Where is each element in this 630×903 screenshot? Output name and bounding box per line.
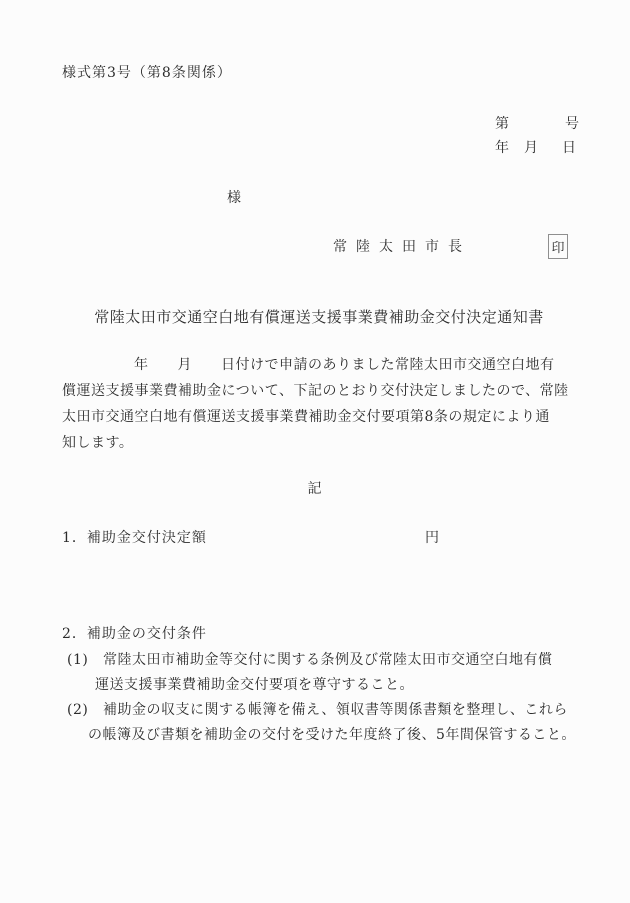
body-line: 知します。	[62, 434, 582, 452]
document-number-prefix: 第	[495, 115, 510, 133]
document-number-suffix: 号	[565, 115, 580, 133]
date-day-label: 日	[562, 139, 577, 157]
record-marker: 記	[0, 480, 630, 498]
addressee-honorific: 様	[227, 189, 242, 207]
item2-label: 2．補助金の交付条件	[62, 625, 207, 643]
document-title: 常陸太田市交通空白地有償運送支援事業費補助金交付決定通知書	[8, 308, 630, 326]
subitem-2-line: 補助金の収支に関する帳簿を備え、領収書等関係書類を整理し、これら	[103, 701, 568, 719]
seal-box: 印	[548, 234, 568, 259]
document-page: 様式第3号（第8条関係） 第 号 年 月 日 様 常陸太田市長 印 常陸太田市交…	[0, 0, 630, 903]
body-line: 太田市交通空白地有償運送支援事業費補助金交付要項第8条の規定により通	[62, 408, 582, 426]
subitem-2-marker: (2)	[67, 701, 88, 719]
subitem-1-line: 運送支援事業費補助金交付要項を尊守すること。	[95, 676, 414, 694]
body-line: 年 月 日付けで申請のありました常陸太田市交通空白地有	[62, 356, 630, 374]
subitem-1-marker: (1)	[67, 651, 88, 669]
seal-label: 印	[551, 237, 564, 256]
date-month-label: 月	[524, 139, 539, 157]
date-year-label: 年	[495, 139, 510, 157]
body-line: 償運送支援事業費補助金について、下記のとおり交付決定しましたので、常陸	[62, 382, 582, 400]
subitem-1-line: 常陸太田市補助金等交付に関する条例及び常陸太田市交通空白地有償	[103, 651, 553, 669]
sender-title: 常陸太田市長	[333, 238, 471, 256]
subitem-2-line: の帳簿及び書類を補助金の交付を受けた年度終了後、5年間保管すること。	[88, 726, 576, 744]
form-number: 様式第3号（第8条関係）	[62, 64, 232, 82]
item1-yen-unit: 円	[425, 529, 440, 547]
item1-label: 1．補助金交付決定額	[62, 529, 207, 547]
